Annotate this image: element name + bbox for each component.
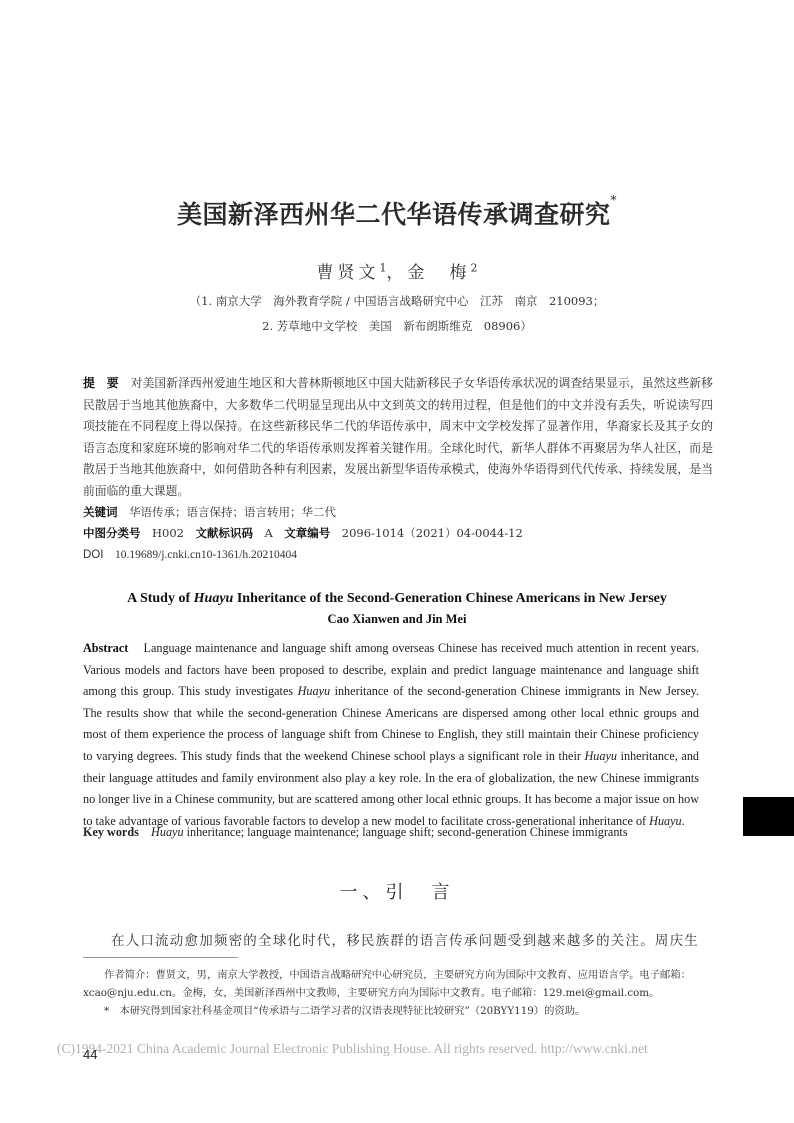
keywords-en-text: inheritance; language maintenance; langu… [184,825,628,839]
abstract-zh-label: 提 要 [83,376,119,390]
abstract-en-text: . [682,814,685,828]
affiliation-line: （1. 南京大学 海外教育学院 / 中国语言战略研究中心 江苏 南京 21009… [0,293,794,309]
doc-code-label: 文献标识码 [195,526,253,540]
doc-code-value: A [264,526,272,540]
page-number: 44 [83,1047,97,1062]
copyright-watermark: (C)1994-2021 China Academic Journal Elec… [57,1041,648,1057]
english-title: A Study of Huayu Inheritance of the Seco… [0,591,794,607]
footnote-author-bio: 作者简介：曹贤文，男，南京大学教授，中国语言战略研究中心研究员，主要研究方向为国… [83,966,703,1002]
footnote-funding: * 本研究得到国家社科基金项目“传承语与二语学习者的汉语表现特征比较研究”（20… [83,1002,703,1020]
abstract-zh: 提 要 对美国新泽西州爱迪生地区和大普林斯顿地区中国大陆新移民子女华语传承状况的… [83,373,713,503]
keywords-en-label: Key words [83,825,139,839]
keywords-en: Key words Huayu inheritance; language ma… [83,825,628,840]
english-title-post: Inheritance of the Second-Generation Chi… [233,591,667,606]
english-authors: Cao Xianwen and Jin Mei [0,612,794,627]
footnote-divider [83,957,238,958]
clc-value: H002 [152,526,184,540]
section-heading: 一、引 言 [0,878,794,904]
keywords-zh: 关键词 华语传承；语言保持；语言转用；华二代 [83,504,336,520]
clc-label: 中图分类号 [83,526,141,540]
keywords-zh-label: 关键词 [83,505,118,519]
author-affil-mark: 2 [471,261,478,274]
article-no-value: 2096-1014（2021）04-0044-12 [342,526,523,540]
affiliation-line: 2. 芳草地中文学校 美国 新布朗斯维克 08906） [0,318,794,334]
page-edge-tab [743,797,794,836]
author-line: 曹贤文1，金 梅2 [0,258,794,283]
abstract-en-italic: Huayu [585,749,618,763]
paper-title-text: 美国新泽西州华二代华语传承调查研究 [177,200,611,229]
doi-line: DOI 10.19689/j.cnki.cn10-1361/h.20210404 [83,546,297,562]
title-footnote-mark: * [611,193,618,207]
keywords-en-italic: Huayu [151,825,184,839]
author-affil-mark: 1 [380,261,387,274]
abstract-en-italic: Huayu [298,684,331,698]
abstract-en-label: Abstract [83,641,128,655]
author-separator: ， [387,263,408,283]
abstract-zh-text: 对美国新泽西州爱迪生地区和大普林斯顿地区中国大陆新移民子女华语传承状况的调查结果… [83,376,713,498]
article-no-label: 文章编号 [284,526,330,540]
english-title-pre: A Study of [127,591,194,606]
doi-label: DOI [83,549,103,561]
abstract-en: Abstract Language maintenance and langua… [83,638,699,832]
doi-value: 10.19689/j.cnki.cn10-1361/h.20210404 [115,549,297,561]
abstract-en-italic: Huayu [649,814,682,828]
body-paragraph: 在人口流动愈加频密的全球化时代，移民族群的语言传承问题受到越来越多的关注。周庆生 [83,929,699,949]
english-title-italic: Huayu [194,591,234,606]
keywords-zh-text: 华语传承；语言保持；语言转用；华二代 [129,505,336,519]
classification-line: 中图分类号 H002 文献标识码 A 文章编号 2096-1014（2021）0… [83,525,523,541]
paper-title: 美国新泽西州华二代华语传承调查研究* [0,195,794,231]
author-name: 金 梅 [408,263,471,283]
author-name: 曹贤文 [317,263,380,283]
